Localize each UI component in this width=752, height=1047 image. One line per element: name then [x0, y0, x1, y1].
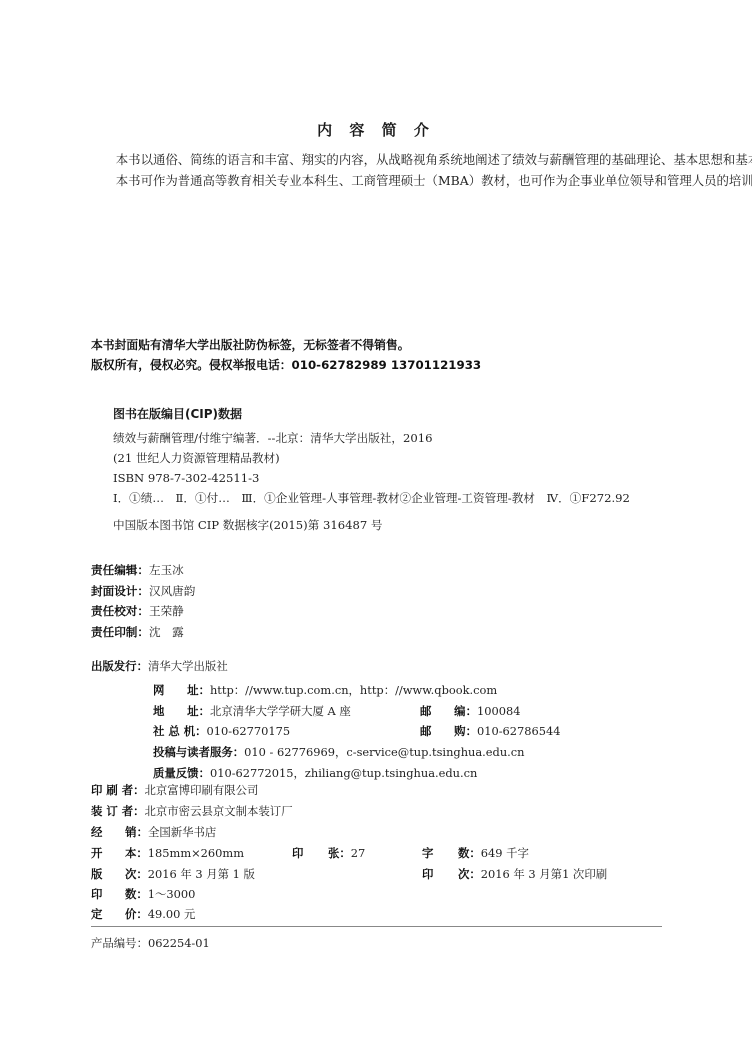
feedback-row: 质量反馈：010-62772015，zhiliang@tup.tsinghua.…	[153, 765, 477, 781]
price-row: 价：49.00 元	[125, 906, 195, 922]
staff-row: 责任校对：王荣静	[91, 601, 195, 622]
piracy-report-notice: 版权所有，侵权必究。侵权举报电话：010-62782989 1370112193…	[91, 355, 481, 375]
service-value: 010 - 62776969，c-service@tup.tsinghua.ed…	[244, 745, 524, 759]
publisher-label: 出版发行：	[91, 659, 148, 673]
cip-line-title: 绩效与薪酬管理/付维宁编著．--北京：清华大学出版社，2016	[113, 428, 433, 448]
intro-paragraph: 本书以通俗、简练的语言和丰富、翔实的内容，从战略视角系统地阐述了绩效与薪酬管理的…	[91, 149, 663, 170]
staff-value: 左玉冰	[149, 563, 184, 577]
switchboard-value: 010-62770175	[207, 724, 291, 738]
mailorder-row: 邮 购：010-62786544	[420, 723, 561, 739]
binder-label: 装 订 者：	[91, 804, 145, 818]
staff-credits: 责任编辑：左玉冰 封面设计：汉风唐韵 责任校对：王荣静 责任印制：沈 露	[91, 560, 195, 642]
price-label-suffix: 价：	[125, 907, 148, 921]
printing-value: 2016 年 3 月第1 次印刷	[481, 867, 607, 881]
distributor-value: 全国新华书店	[148, 825, 216, 839]
publisher-row: 出版发行：清华大学出版社	[91, 658, 228, 674]
edition-label-suffix: 次：	[125, 867, 148, 881]
service-label: 投稿与读者服务：	[153, 745, 244, 759]
website-label: 网 址：	[153, 683, 210, 697]
printer-label: 印 刷 者：	[91, 783, 145, 797]
edition-label: 版	[91, 866, 102, 882]
binder-row: 装 订 者：北京市密云县京文制本装订厂	[91, 803, 293, 819]
product-code: 产品编号：062254-01	[91, 935, 210, 951]
staff-value: 汉风唐韵	[149, 584, 195, 598]
cip-block: 绩效与薪酬管理/付维宁编著．--北京：清华大学出版社，2016 (21 世纪人力…	[113, 428, 433, 488]
address-row: 地 址：北京清华大学学研大厦 A 座	[153, 703, 351, 719]
postcode-row: 邮 编：100084	[420, 703, 520, 719]
staff-value: 沈 露	[149, 625, 184, 639]
printer-value: 北京富博印刷有限公司	[145, 783, 259, 797]
switchboard-label: 社 总 机：	[153, 724, 207, 738]
section-title: 内 容 简 介	[0, 119, 752, 140]
staff-row: 责任编辑：左玉冰	[91, 560, 195, 581]
copies-label: 印	[91, 886, 102, 902]
anti-counterfeit-notice: 本书封面贴有清华大学出版社防伪标签，无标签者不得销售。	[91, 335, 481, 355]
format-value: 185mm×260mm	[148, 846, 244, 860]
address-label: 地 址：	[153, 704, 210, 718]
cip-heading: 图书在版编目(CIP)数据	[113, 405, 242, 422]
format-label-suffix: 本：	[125, 846, 148, 860]
staff-label: 封面设计：	[91, 584, 149, 598]
service-row: 投稿与读者服务：010 - 62776969，c-service@tup.tsi…	[153, 744, 525, 760]
switchboard-row: 社 总 机：010-62770175	[153, 723, 290, 739]
address-value: 北京清华大学学研大厦 A 座	[210, 704, 351, 718]
cip-classification: Ⅰ．①绩… Ⅱ．①付… Ⅲ．①企业管理-人事管理-教材②企业管理-工资管理-教材…	[113, 490, 630, 506]
staff-value: 王荣静	[149, 604, 184, 618]
cip-line-series: (21 世纪人力资源管理精品教材)	[113, 448, 433, 468]
cip-check-number: 中国版本图书馆 CIP 数据核字(2015)第 316487 号	[113, 517, 383, 533]
printing-label: 印	[422, 866, 433, 882]
intro-paragraph: 本书可作为普通高等教育相关专业本科生、工商管理硕士（MBA）教材，也可作为企事业…	[91, 170, 663, 191]
production-block: 印 刷 者：北京富博印刷有限公司 装 订 者：北京市密云县京文制本装订厂 经 销…	[91, 782, 691, 922]
publisher-name: 清华大学出版社	[148, 659, 228, 673]
sheets-value: 27	[351, 846, 366, 860]
copies-label-suffix: 数：	[125, 887, 148, 901]
publisher-block: 出版发行：清华大学出版社 网 址：http：//www.tup.com.cn，h…	[91, 658, 691, 778]
distributor-row: 经 销：全国新华书店	[91, 824, 216, 840]
divider-rule	[91, 926, 662, 927]
words-value: 649 千字	[481, 846, 529, 860]
price-value: 49.00 元	[148, 907, 196, 921]
words-label-suffix: 数：	[458, 846, 481, 860]
feedback-label: 质量反馈：	[153, 766, 210, 780]
staff-row: 责任印制：沈 露	[91, 622, 195, 643]
copies-row: 数：1～3000	[125, 886, 195, 902]
feedback-value: 010-62772015，zhiliang@tup.tsinghua.edu.c…	[210, 766, 477, 780]
binder-value: 北京市密云县京文制本装订厂	[145, 804, 293, 818]
staff-label: 责任编辑：	[91, 563, 149, 577]
mailorder-label: 邮 购：	[420, 724, 477, 738]
sheets-label-suffix: 张：	[328, 846, 351, 860]
postcode-label: 邮 编：	[420, 704, 477, 718]
website-value: http：//www.tup.com.cn，http：//www.qbook.c…	[210, 683, 497, 697]
copyright-notice: 本书封面贴有清华大学出版社防伪标签，无标签者不得销售。 版权所有，侵权必究。侵权…	[91, 335, 481, 375]
words-label: 字	[422, 845, 433, 861]
printer-row: 印 刷 者：北京富博印刷有限公司	[91, 782, 258, 798]
format-row: 本：185mm×260mm	[125, 845, 244, 861]
staff-label: 责任校对：	[91, 604, 149, 618]
copies-value: 1～3000	[148, 887, 196, 901]
mailorder-value: 010-62786544	[477, 724, 561, 738]
staff-row: 封面设计：汉风唐韵	[91, 581, 195, 602]
format-label: 开	[91, 845, 102, 861]
distributor-label: 经 销：	[91, 825, 148, 839]
price-label: 定	[91, 906, 102, 922]
printing-label-suffix: 次：	[458, 867, 481, 881]
intro-text: 本书以通俗、简练的语言和丰富、翔实的内容，从战略视角系统地阐述了绩效与薪酬管理的…	[91, 149, 663, 191]
edition-row: 次：2016 年 3 月第 1 版	[125, 866, 255, 882]
edition-value: 2016 年 3 月第 1 版	[148, 867, 255, 881]
sheets-label: 印	[292, 845, 303, 861]
printing-row: 次：2016 年 3 月第1 次印刷	[458, 866, 607, 882]
cip-line-isbn: ISBN 978-7-302-42511-3	[113, 468, 433, 488]
words-row: 数：649 千字	[458, 845, 529, 861]
postcode-value: 100084	[477, 704, 520, 718]
sheets-row: 张：27	[328, 845, 365, 861]
website-row: 网 址：http：//www.tup.com.cn，http：//www.qbo…	[153, 682, 497, 698]
staff-label: 责任印制：	[91, 625, 149, 639]
